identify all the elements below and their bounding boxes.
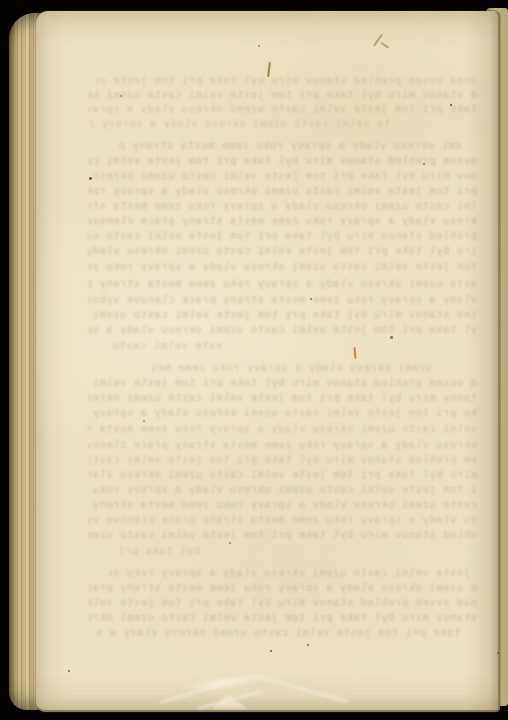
paper-speck	[310, 298, 312, 300]
paper-speck	[307, 644, 309, 646]
paper-speck	[89, 177, 92, 180]
paper-speck	[68, 670, 70, 672]
paper-speck	[497, 652, 499, 654]
book-scan-scene: snad ovsem prehled stanov miru byl take …	[0, 0, 508, 720]
paper-speck	[120, 95, 122, 97]
paper-speck	[450, 104, 452, 106]
paper-speck	[143, 420, 145, 422]
paper-speck	[229, 542, 231, 544]
paper-speck	[258, 45, 260, 47]
book-page	[36, 11, 500, 712]
paper-speck	[270, 650, 272, 652]
paper-speck	[390, 336, 393, 339]
paper-speck	[423, 163, 425, 165]
